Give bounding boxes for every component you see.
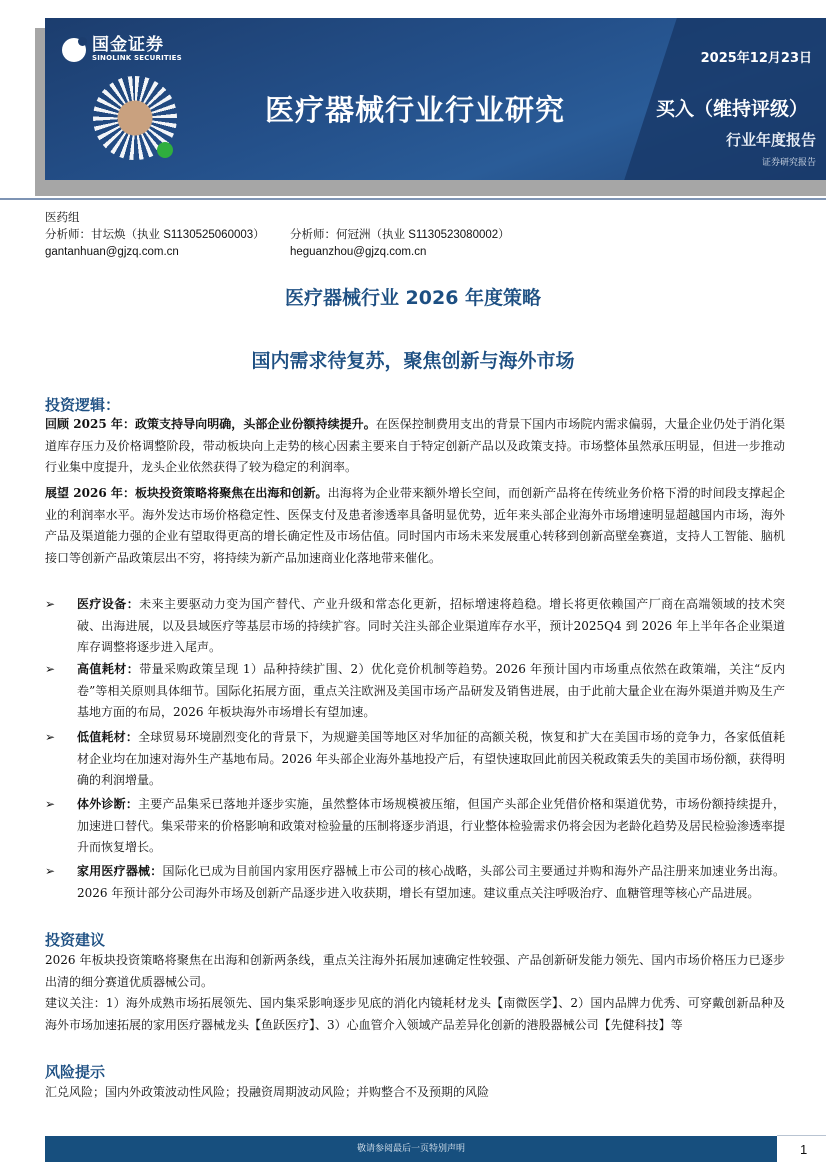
paragraph-review: 回顾 2025 年：政策支持导向明确，头部企业份额持续提升。在医保控制费用支出的… <box>45 414 785 479</box>
brand-name-cn: 国金证券 <box>92 36 182 54</box>
bullet-high-value-consumables: ➢ 高值耗材：带量采购政策呈现 1）品种持续扩围、2）优化竞价机制等趋势。202… <box>45 659 785 724</box>
bullet-title: 高值耗材： <box>77 662 139 676</box>
bullet-text: 全球贸易环境剧烈变化的背景下，为规避美国等地区对华加征的高额关税，恢复和扩大在美… <box>77 730 785 787</box>
analyst-info: 医药组 分析师：甘坛焕（执业 S1130525060003） 分析师：何冠洲（执… <box>45 210 510 261</box>
bullet-title: 家用医疗器械： <box>77 864 162 878</box>
rating-label: 买入（维持评级） <box>656 94 808 121</box>
paragraph-advice: 2026 年板块投资策略将聚焦在出海和创新两条线，重点关注海外拓展加速确定性较强… <box>45 950 785 993</box>
paragraph-recommendations: 建议关注：1）海外成熟市场拓展领先、国内集采影响逐步见底的消化内镜耗材龙头【南微… <box>45 993 785 1036</box>
outlook-lead: 展望 2026 年：板块投资策略将聚焦在出海和创新。 <box>45 486 328 500</box>
arrow-bullet-icon: ➢ <box>45 727 55 749</box>
bullet-low-value-consumables: ➢ 低值耗材：全球贸易环境剧烈变化的背景下，为规避美国等地区对华加征的高额关税，… <box>45 727 785 792</box>
report-category-title: 医疗器械行业行业研究 <box>265 88 565 129</box>
paragraph-risk: 汇兑风险；国内外政策波动性风险；投融资周期波动风险；并购整合不及预期的风险 <box>45 1082 785 1104</box>
page-number: 1 <box>800 1142 807 1157</box>
brand-logo: 国金证券 SINOLINK SECURITIES <box>62 36 182 63</box>
report-title: 医疗器械行业 2026 年度策略 <box>0 283 826 310</box>
bullet-title: 体外诊断： <box>77 797 138 811</box>
arrow-bullet-icon: ➢ <box>45 794 55 816</box>
brand-name-en: SINOLINK SECURITIES <box>92 54 182 63</box>
analyst-2-email[interactable]: heguanzhou@gjzq.com.cn <box>290 244 426 261</box>
report-type: 行业年度报告 <box>726 129 816 150</box>
section-heading-logic: 投资逻辑： <box>45 394 120 415</box>
bullet-text: 未来主要驱动力变为国产替代、产业升级和常态化更新，招标增速将趋稳。增长将更依赖国… <box>77 597 785 654</box>
bullet-home-medical-devices: ➢ 家用医疗器械：国际化已成为目前国内家用医疗器械上市公司的核心战略，头部公司主… <box>45 861 785 904</box>
analyst-1-email[interactable]: gantanhuan@gjzq.com.cn <box>45 244 290 261</box>
arrow-bullet-icon: ➢ <box>45 861 55 883</box>
arrow-bullet-icon: ➢ <box>45 659 55 681</box>
review-lead: 回顾 2025 年：政策支持导向明确，头部企业份额持续提升。 <box>45 417 376 431</box>
bullet-title: 医疗设备： <box>77 597 139 611</box>
bullet-title: 低值耗材： <box>77 730 138 744</box>
research-group: 医药组 <box>45 210 510 227</box>
footer-disclaimer-bar: 敬请参阅最后一页特别声明 <box>45 1136 777 1162</box>
bullet-medical-equipment: ➢ 医疗设备：未来主要驱动力变为国产替代、产业升级和常态化更新，招标增速将趋稳。… <box>45 594 785 659</box>
mini-program-icon <box>157 142 173 158</box>
analyst-1: 分析师：甘坛焕（执业 S1130525060003） <box>45 227 290 244</box>
logo-icon <box>62 38 86 62</box>
report-subtitle: 国内需求待复苏，聚焦创新与海外市场 <box>0 346 826 373</box>
section-heading-risk: 风险提示 <box>45 1061 105 1082</box>
section-heading-advice: 投资建议 <box>45 929 105 950</box>
bullet-text: 国际化已成为目前国内家用医疗器械上市公司的核心战略，头部公司主要通过并购和海外产… <box>77 864 785 900</box>
bullet-text: 带量采购政策呈现 1）品种持续扩围、2）优化竞价机制等趋势。2026 年预计国内… <box>77 662 785 719</box>
report-subtype: 证券研究报告 <box>762 155 816 168</box>
paragraph-outlook: 展望 2026 年：板块投资策略将聚焦在出海和创新。出海将为企业带来额外增长空间… <box>45 483 785 569</box>
arrow-bullet-icon: ➢ <box>45 594 55 616</box>
report-date: 2025年12月23日 <box>701 47 812 66</box>
bullet-ivd: ➢ 体外诊断：主要产品集采已落地并逐步实施，虽然整体市场规模被压缩，但国产头部企… <box>45 794 785 859</box>
analyst-2: 分析师：何冠洲（执业 S1130523080002） <box>290 227 510 244</box>
header-divider <box>0 198 826 200</box>
bullet-text: 主要产品集采已落地并逐步实施，虽然整体市场规模被压缩，但国产头部企业凭借价格和渠… <box>77 797 785 854</box>
footer-divider <box>777 1135 826 1136</box>
report-banner: 国金证券 SINOLINK SECURITIES 医疗器械行业行业研究 2025… <box>45 18 826 180</box>
